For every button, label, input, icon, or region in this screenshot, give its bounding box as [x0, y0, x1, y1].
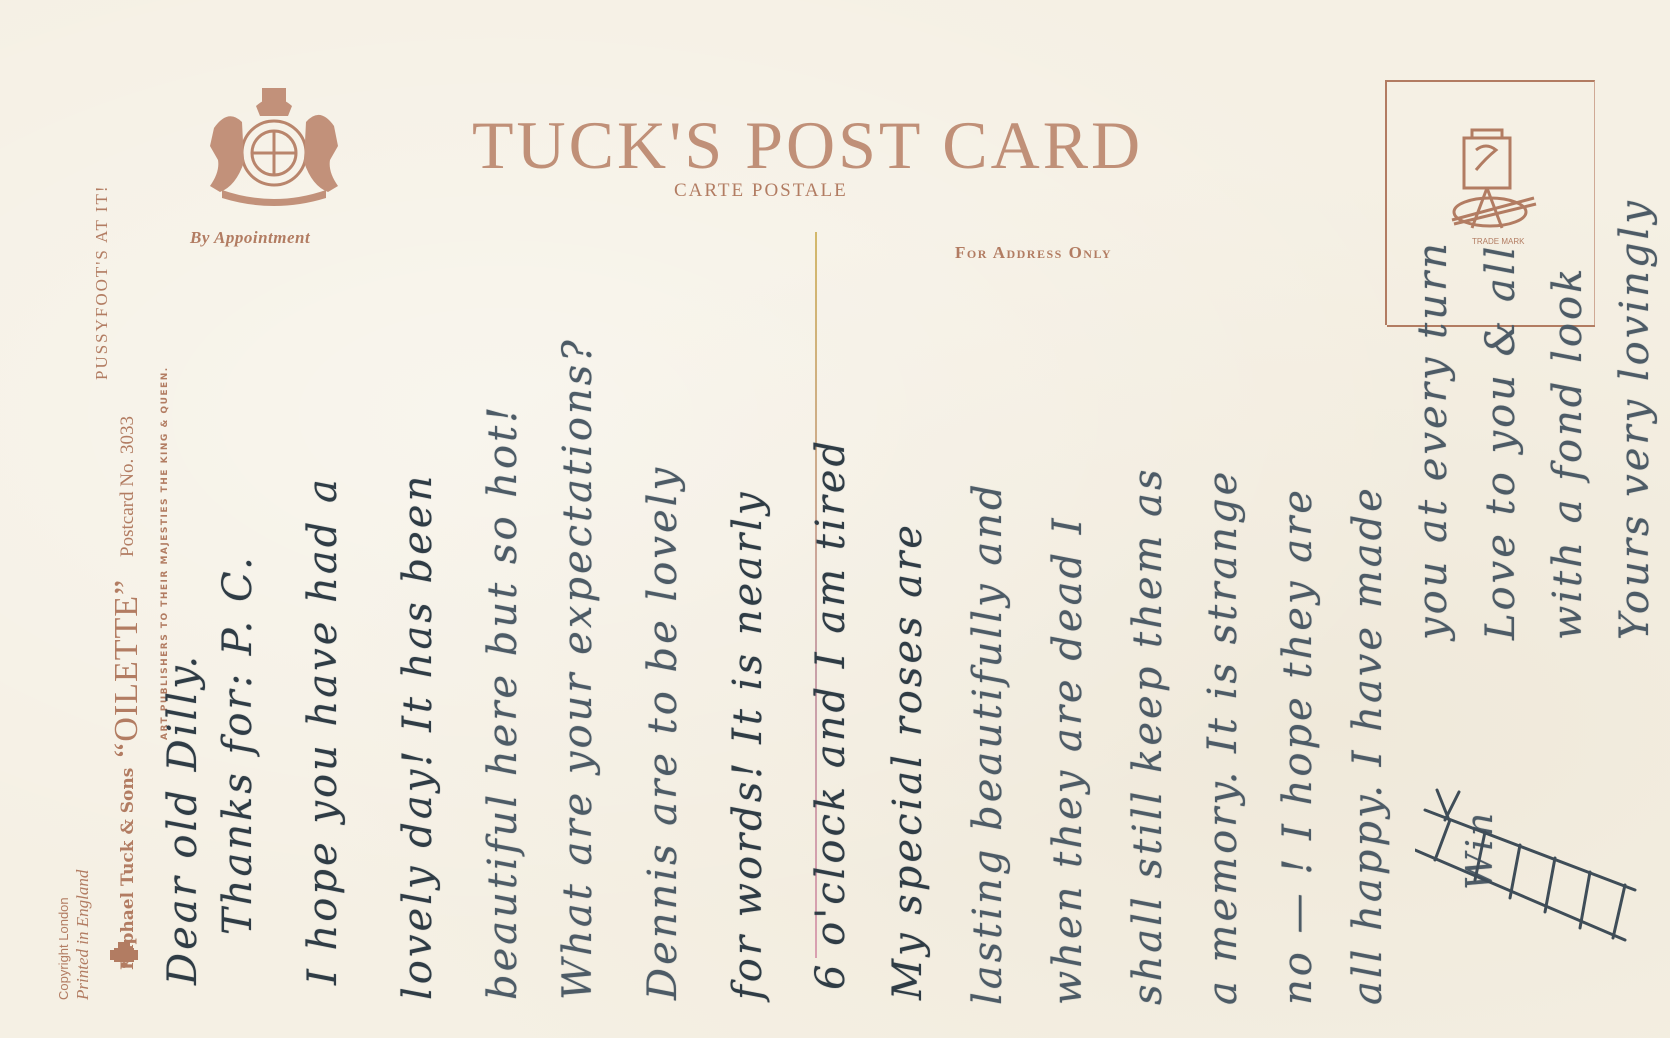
postcard-number: Postcard No. 3033: [117, 416, 138, 557]
by-appointment-text: By Appointment: [190, 228, 310, 248]
tuck-small-crest-icon: [108, 938, 140, 970]
series-name: “OILETTE”: [108, 579, 145, 758]
printed-in-text: Printed in England: [73, 870, 93, 1000]
handwriting-line: 6 o'clock and I am tired: [808, 438, 854, 990]
handwriting-line: Dear old Dilly.: [160, 653, 206, 985]
card-title: PUSSYFOOT'S AT IT!: [92, 184, 112, 380]
handwriting-line: Thanks for: P. C.: [215, 554, 261, 935]
handwriting-line: for words! It is nearly: [725, 489, 771, 1000]
handwriting-line: with a fond look: [1545, 266, 1591, 640]
for-address-only-label: For Address Only: [955, 243, 1112, 263]
handwriting-line: My special roses are: [885, 522, 931, 1000]
royal-coat-of-arms-icon: [204, 78, 344, 208]
handwriting-line: Dennis are to be lovely: [640, 465, 686, 1000]
handwriting-line: no — ! I hope they are: [1275, 487, 1321, 1005]
tuck-easel-palette-trademark-icon: TRADE MARK: [1442, 120, 1542, 250]
handwriting-line: lasting beautifully and: [965, 481, 1011, 1005]
copyright-text: Copyright London: [56, 897, 71, 1000]
handwriting-line: you at every turn: [1410, 240, 1456, 640]
handwriting-line: I hope you have had a: [300, 476, 346, 985]
handwriting-line: a memory. It is strange: [1200, 469, 1246, 1005]
handwriting-line: shall still keep them as: [1125, 466, 1171, 1005]
handwriting-line: Love to you & all: [1478, 244, 1524, 640]
handwriting-line: all happy. I have made: [1345, 485, 1391, 1005]
handwriting-line: when they are dead I: [1045, 515, 1091, 1005]
carte-postale-subheading: CARTE POSTALE: [674, 180, 848, 202]
postcard-back: Copyright London Printed in England Raph…: [0, 0, 1670, 1038]
tucks-post-card-heading: TUCK'S POST CARD: [472, 106, 1143, 185]
hand-drawn-ladder-doodle: [1415, 780, 1655, 1000]
handwriting-line: beautiful here but so hot!: [480, 404, 526, 1000]
handwriting-line: lovely day! It has been: [395, 473, 441, 1000]
handwriting-line: Yours very lovingly: [1612, 198, 1658, 640]
handwriting-line: What are your expectations?: [555, 337, 601, 1000]
publisher-line: Raphael Tuck & Sons “OILETTE” Postcard N…: [108, 416, 146, 970]
